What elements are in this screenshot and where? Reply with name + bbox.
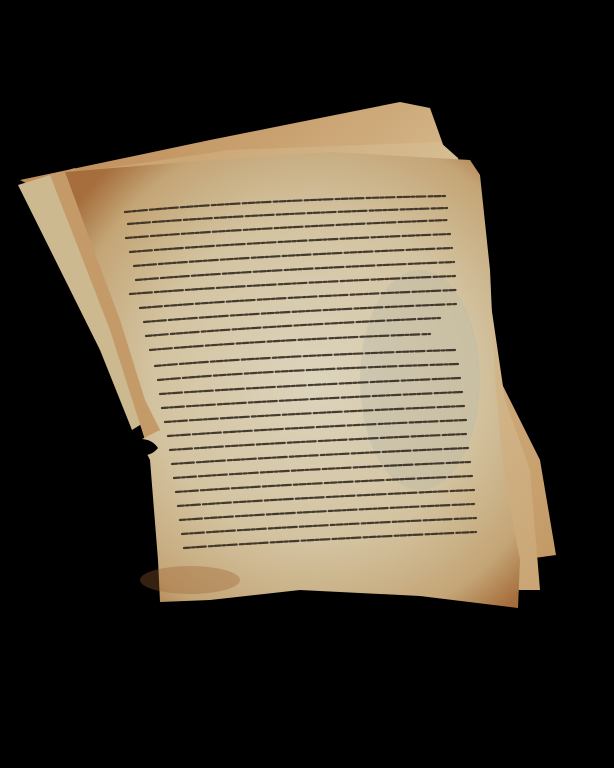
parchment-stack-illustration xyxy=(0,0,614,768)
stain-2 xyxy=(140,566,240,594)
